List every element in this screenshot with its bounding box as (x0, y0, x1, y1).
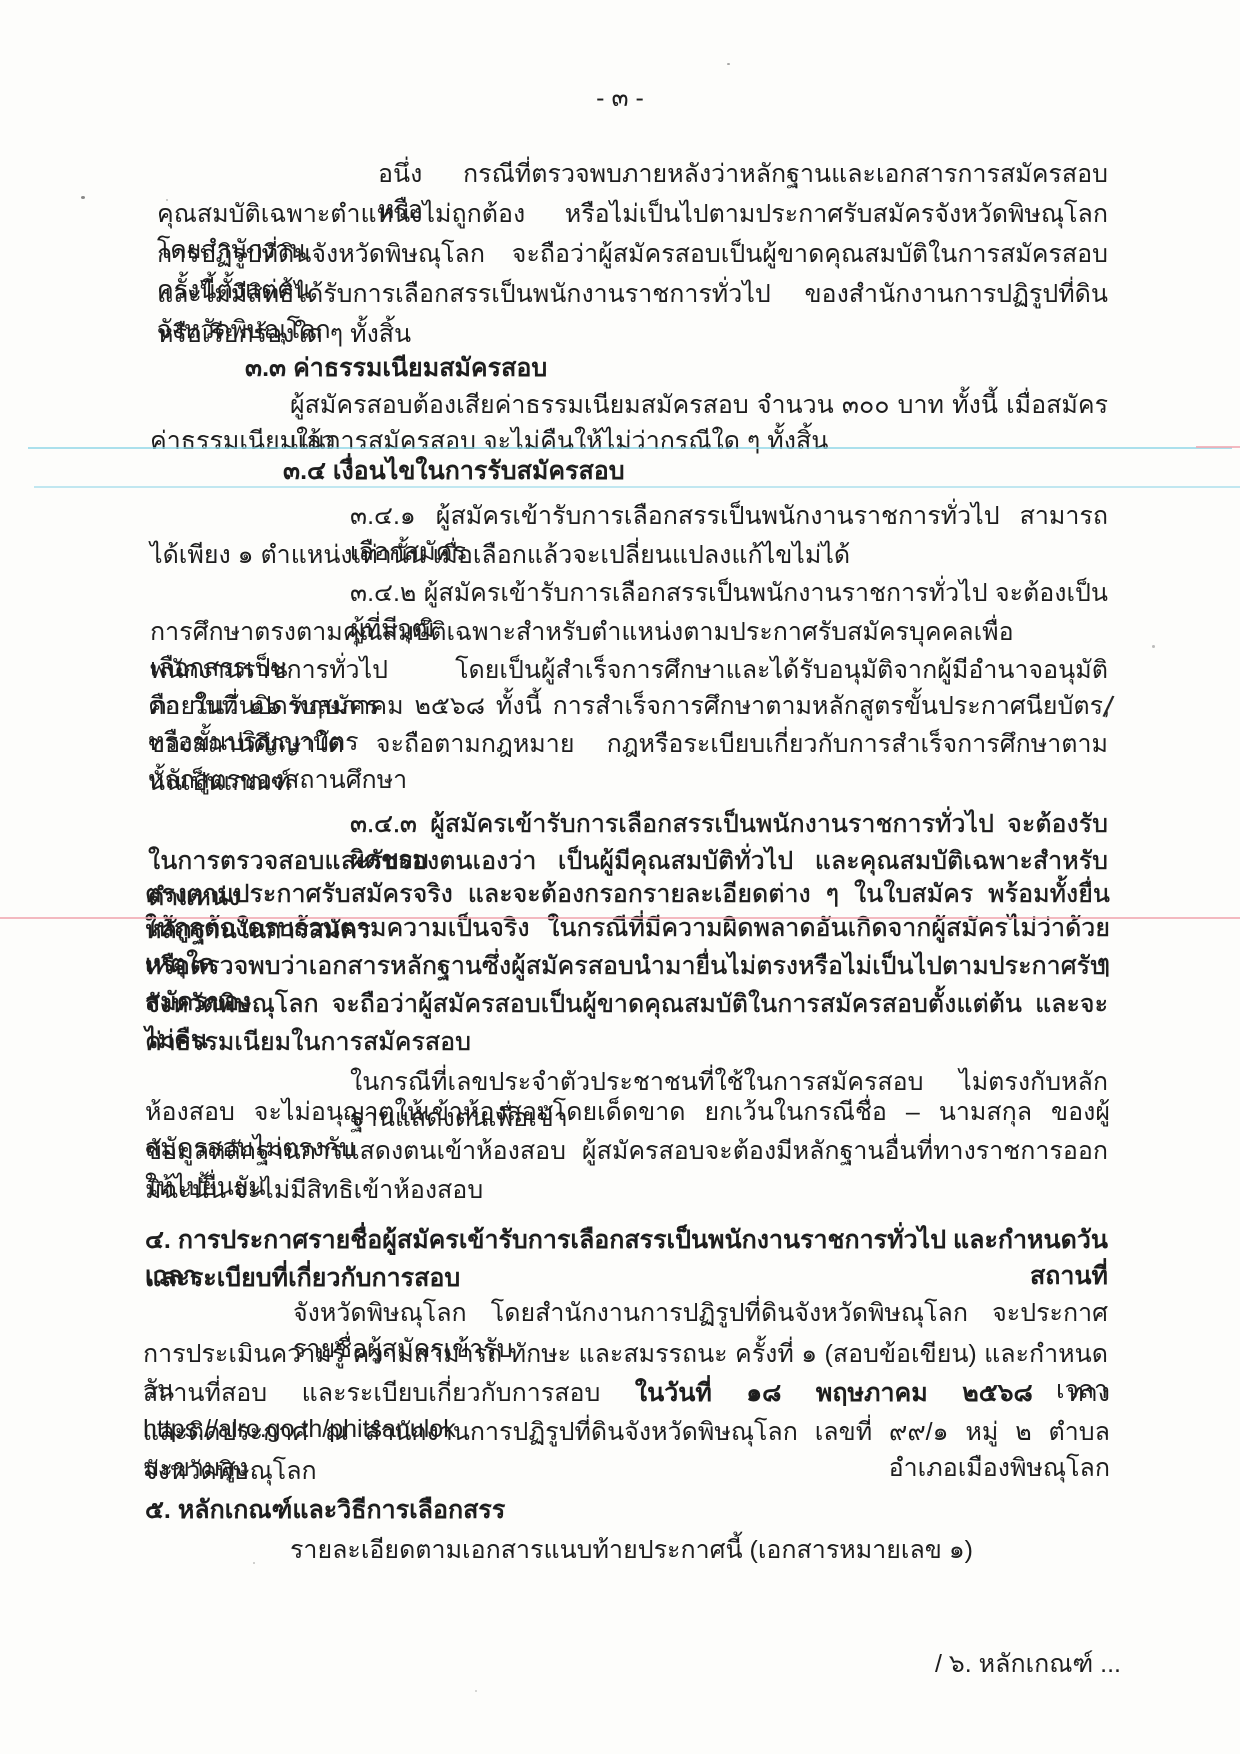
section-5-body: รายละเอียดตามเอกสารแนบท้ายประกาศนี้ (เอก… (290, 1532, 973, 1568)
intro-line: หรือเรียกร้องใด ๆ ทั้งสิ้น (157, 316, 411, 352)
scan-speck (166, 199, 168, 201)
clause-3-4-3-line: ค่าธรรมเนียมในการสมัครสอบ (145, 1024, 471, 1060)
citizen-id-line: มิฉะนั้น จะไม่มีสิทธิเข้าห้องสอบ (145, 1172, 483, 1208)
scan-speck (727, 63, 730, 65)
section-4-heading: และระเบียบที่เกี่ยวกับการสอบ (145, 1260, 460, 1296)
scan-speck (81, 196, 85, 199)
section-3-4-heading: ๓.๔ เงื่อนไขในการรับสมัครสอบ (283, 453, 625, 489)
scan-artifact-pink-dash (1196, 446, 1240, 448)
scan-speck (1152, 645, 1155, 648)
section-3-3-heading: ๓.๓ ค่าธรรมเนียมสมัครสอบ (245, 350, 547, 386)
announce-date: ในวันที่ ๑๘ พฤษภาคม ๒๕๖๘ (635, 1379, 1033, 1407)
scan-artifact-cyan-line (34, 486, 1240, 488)
announce-line-prefix: สถานที่สอบ และระเบียบเกี่ยวกับการสอบ (143, 1379, 635, 1407)
scanned-document-page: - ๓ - อนึ่ง กรณีที่ตรวจพบภายหลังว่าหลักฐ… (0, 0, 1240, 1754)
page-number: - ๓ - (0, 80, 1240, 116)
clause-3-4-1-line: ได้เพียง ๑ ตำแหน่งเท่านั้น เมื่อเลือกแล้… (150, 537, 850, 573)
scan-speck (253, 1562, 255, 1564)
section-5-heading: ๕. หลักเกณฑ์และวิธีการเลือกสรร (145, 1492, 505, 1528)
clause-3-4-2-line: นั้นเป็นเกณฑ์ (148, 764, 291, 800)
continuation-note: / ๖. หลักเกณฑ์ ... (935, 1646, 1121, 1682)
clause-3-4-2-line: ของสถานศึกษาใด จะถือตามกฎหมาย กฎหรือระเบ… (148, 726, 1108, 798)
section-4-body-line: จังหวัดพิษณุโลก (143, 1453, 317, 1489)
scan-speck (475, 1690, 477, 1692)
